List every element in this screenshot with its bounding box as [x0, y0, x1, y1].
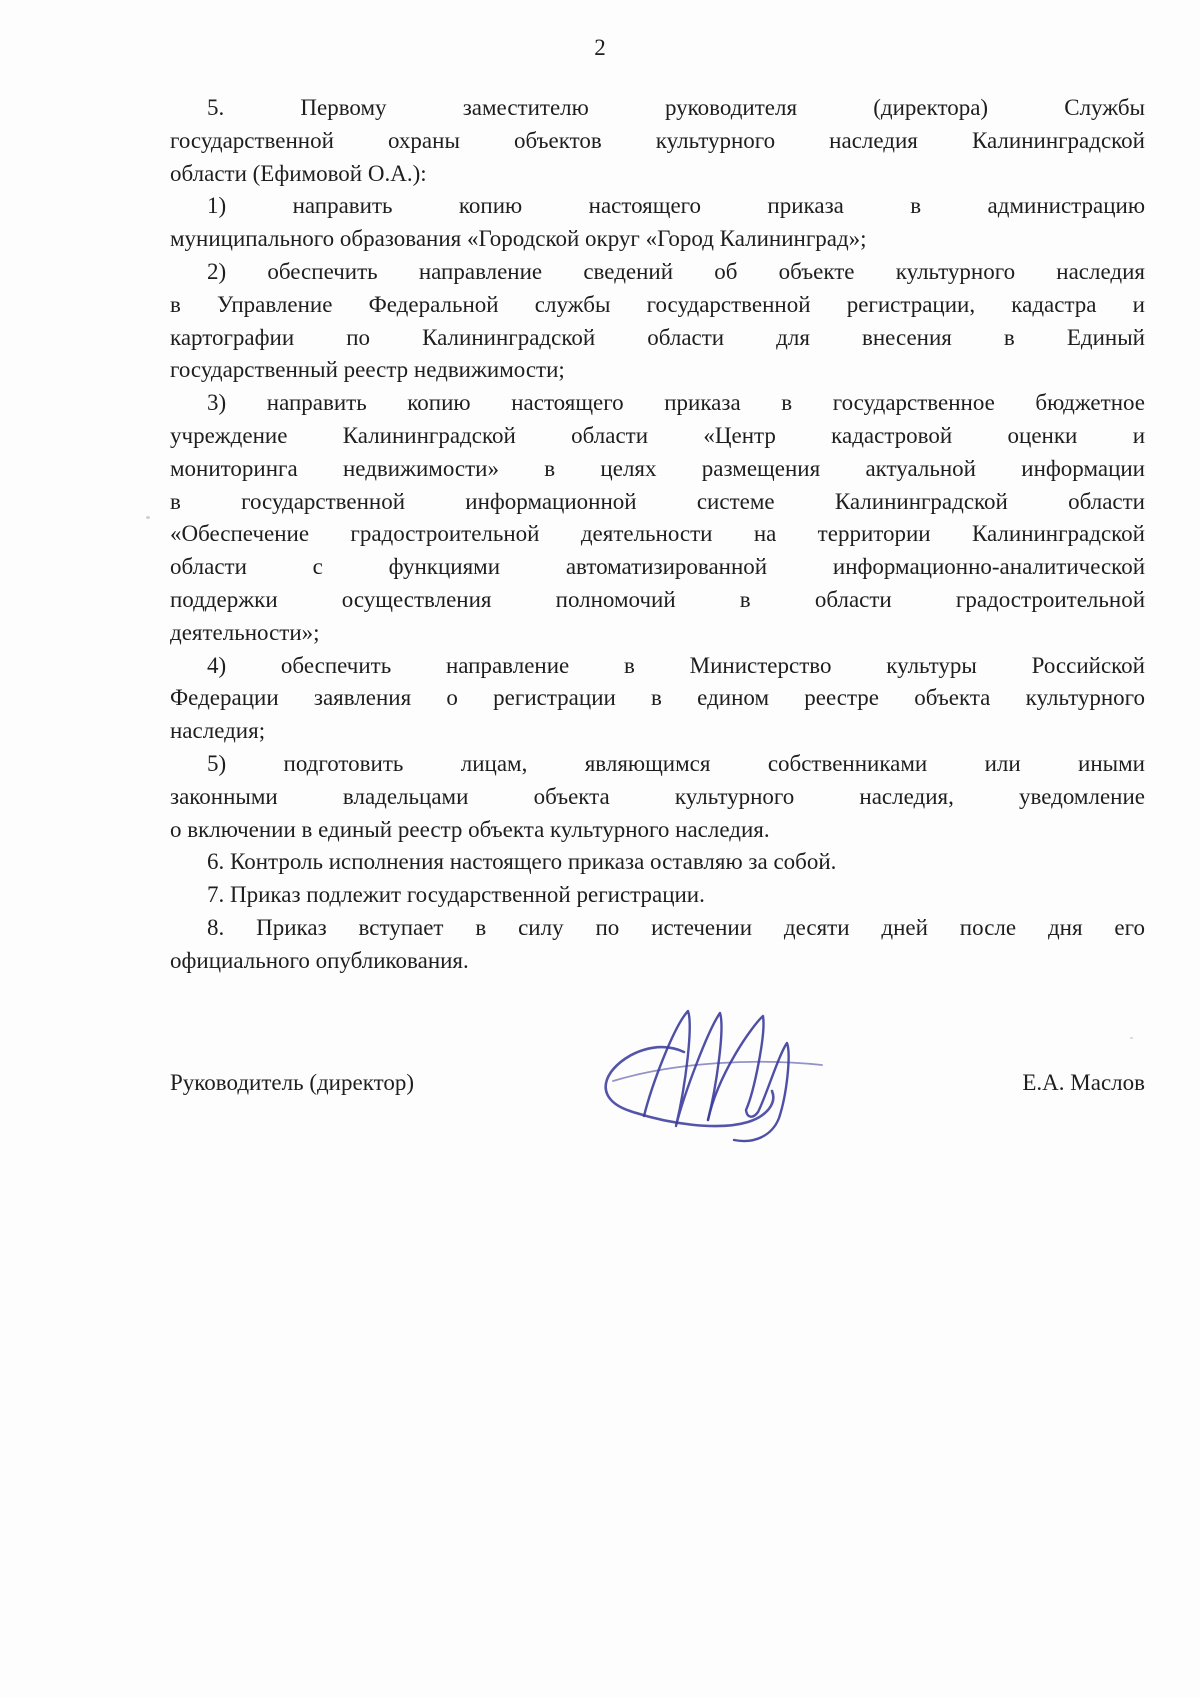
text-line: муниципального образования «Городской ок… — [170, 223, 1145, 256]
text-line: 4) обеспечить направление в Министерство… — [170, 650, 1145, 683]
text-line: деятельности»; — [170, 617, 1145, 650]
text-line: картографии по Калининградской области д… — [170, 322, 1145, 355]
paragraph-subitem-2: 2) обеспечить направление сведений об об… — [170, 256, 1145, 387]
text-line: законными владельцами объекта культурног… — [170, 781, 1145, 814]
text-line: области с функциями автоматизированной и… — [170, 551, 1145, 584]
paragraph-subitem-5: 5) подготовить лицам, являющимся собстве… — [170, 748, 1145, 846]
handwritten-signature-icon — [596, 1000, 828, 1152]
text-line: Федерации заявления о регистрации в един… — [170, 682, 1145, 715]
paragraph-subitem-1: 1) направить копию настоящего приказа в … — [170, 190, 1145, 256]
text-line: официального опубликования. — [170, 945, 1145, 978]
paragraph-item-7: 7. Приказ подлежит государственной регис… — [170, 879, 1145, 912]
document-body: 5. Первому заместителю руководителя (дир… — [170, 92, 1145, 978]
signer-name: Е.А. Маслов — [1022, 1067, 1145, 1100]
text-line: государственный реестр недвижимости; — [170, 354, 1145, 387]
text-line: в Управление Федеральной службы государс… — [170, 289, 1145, 322]
paragraph-item-6: 6. Контроль исполнения настоящего приказ… — [170, 846, 1145, 879]
text-line: 5. Первому заместителю руководителя (дир… — [170, 92, 1145, 125]
signer-role-label: Руководитель (директор) — [170, 1067, 414, 1100]
scan-speck — [146, 516, 150, 519]
text-line: учреждение Калининградской области «Цент… — [170, 420, 1145, 453]
paragraph-item-8: 8. Приказ вступает в силу по истечении д… — [170, 912, 1145, 978]
text-line: о включении в единый реестр объекта куль… — [170, 814, 1145, 847]
text-line: 2) обеспечить направление сведений об об… — [170, 256, 1145, 289]
text-line: поддержки осуществления полномочий в обл… — [170, 584, 1145, 617]
paragraph-subitem-4: 4) обеспечить направление в Министерство… — [170, 650, 1145, 748]
paragraph-subitem-3: 3) направить копию настоящего приказа в … — [170, 387, 1145, 649]
scan-speck — [1130, 1037, 1133, 1039]
text-line: области (Ефимовой О.А.): — [170, 158, 1145, 191]
page-number: 2 — [0, 33, 1200, 63]
text-line: 7. Приказ подлежит государственной регис… — [170, 879, 1145, 912]
text-line: 5) подготовить лицам, являющимся собстве… — [170, 748, 1145, 781]
text-line: «Обеспечение градостроительной деятельно… — [170, 518, 1145, 551]
text-line: 6. Контроль исполнения настоящего приказ… — [170, 846, 1145, 879]
text-line: мониторинга недвижимости» в целях размещ… — [170, 453, 1145, 486]
text-line: государственной охраны объектов культурн… — [170, 125, 1145, 158]
document-page: 2 5. Первому заместителю руководителя (д… — [0, 0, 1200, 1697]
text-line: 3) направить копию настоящего приказа в … — [170, 387, 1145, 420]
text-line: 8. Приказ вступает в силу по истечении д… — [170, 912, 1145, 945]
text-line: 1) направить копию настоящего приказа в … — [170, 190, 1145, 223]
paragraph-item-5: 5. Первому заместителю руководителя (дир… — [170, 92, 1145, 190]
text-line: в государственной информационной системе… — [170, 486, 1145, 519]
text-line: наследия; — [170, 715, 1145, 748]
